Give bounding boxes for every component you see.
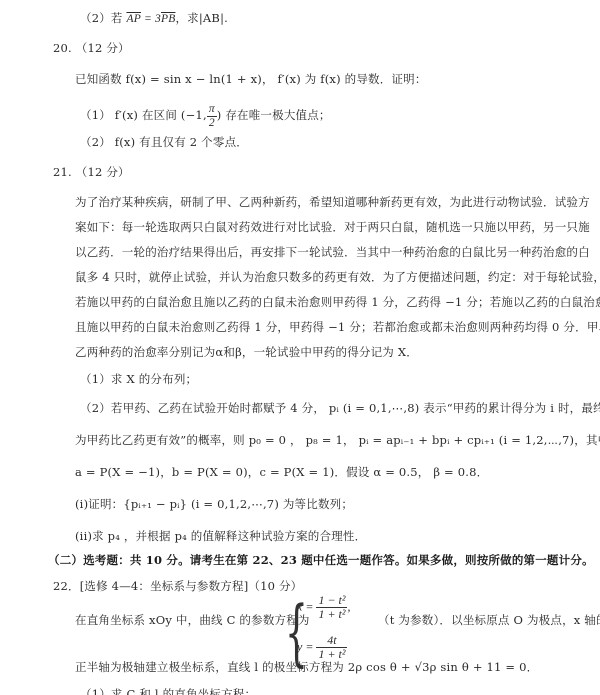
q22-stem-prefix: 在直角坐标系 xOy 中，曲线 C 的参数方程为 bbox=[75, 612, 310, 628]
q19-part2-tail: ，求|AB|. bbox=[175, 11, 228, 25]
equals-three: = 3 bbox=[141, 13, 161, 25]
pi-over-2-fraction: π2 bbox=[207, 103, 217, 130]
q20-part1-suffix: ) 存在唯一极大值点； bbox=[217, 108, 331, 122]
eq-y-lhs: y = bbox=[297, 639, 313, 653]
q21-line: 为了治疗某种疾病，研制了甲、乙两种新药，希望知道哪种新药更有效，为此进行动物试验… bbox=[75, 194, 590, 210]
q22-stem-suffix: （t 为参数）．以坐标原点 O 为极点，x 轴的 bbox=[378, 612, 600, 628]
q21-header: 21. （12 分） bbox=[53, 164, 130, 180]
q21-sub-ii: (ii)求 p₄ ，并根据 p₄ 的值解释这种试验方案的合理性． bbox=[75, 528, 366, 544]
q21-part2-line: 为甲药比乙药更有效”的概率，则 p₀ = 0 ， p₈ = 1， pᵢ = ap… bbox=[75, 432, 600, 448]
frac-numerator: 1 − t² bbox=[316, 594, 347, 608]
frac-denominator: 2 bbox=[207, 117, 217, 130]
q20-part1-prefix: （1） f′(x) 在区间 (−1, bbox=[80, 108, 207, 122]
q22-line2: 正半轴为极轴建立极坐标系，直线 l 的极坐标方程为 2ρ cos θ + √3ρ… bbox=[75, 659, 538, 675]
eq-x: x = 1 − t²1 + t², bbox=[297, 594, 350, 621]
frac-denominator: 1 + t² bbox=[316, 608, 347, 621]
q21-line: 且施以甲药的白鼠未治愈则乙药得 1 分，甲药得 −1 分；若都治愈或都未治愈则两… bbox=[75, 319, 600, 335]
q20-header: 20. （12 分） bbox=[53, 40, 130, 56]
q19-part2: （2）若 AP = 3PB，求|AB|. bbox=[80, 10, 228, 27]
eq-y-fraction: 4t1 + t² bbox=[316, 634, 347, 661]
vector-ap: AP bbox=[126, 13, 140, 25]
q20-part1: （1） f′(x) 在区间 (−1,π2) 存在唯一极大值点； bbox=[80, 102, 331, 130]
eq-y: y = 4t1 + t² bbox=[297, 634, 347, 661]
q21-part2-line: a = P(X = −1)，b = P(X = 0)，c = P(X = 1)．… bbox=[75, 464, 488, 480]
eq-x-fraction: 1 − t²1 + t² bbox=[316, 594, 347, 621]
q21-part2-line: （2）若甲药、乙药在试验开始时都赋予 4 分， pᵢ (i = 0,1,⋯,8)… bbox=[80, 400, 600, 416]
q21-line: 乙两种药的治愈率分别记为α和β，一轮试验中甲药的得分记为 X． bbox=[75, 344, 418, 360]
eq-x-lhs: x = bbox=[297, 599, 313, 613]
q21-part1: （1）求 X 的分布列； bbox=[80, 371, 197, 387]
q21-sub-i: (i)证明：{pᵢ₊₁ − pᵢ} (i = 0,1,2,⋯,7) 为等比数列； bbox=[75, 496, 353, 512]
q22-part1: （1）求 C 和 l 的直角坐标方程； bbox=[80, 686, 256, 695]
q21-line: 案如下：每一轮选取两只白鼠对药效进行对比试验．对于两只白鼠，随机选一只施以甲药，… bbox=[75, 219, 590, 235]
eq-x-tail: , bbox=[347, 599, 350, 613]
exam-page: （2）若 AP = 3PB，求|AB|. 20. （12 分） 已知函数 f(x… bbox=[0, 0, 600, 695]
vector-pb: PB bbox=[161, 13, 175, 25]
q21-score: （12 分） bbox=[76, 165, 130, 179]
q21-number: 21. bbox=[53, 165, 72, 179]
q20-part2: （2） f(x) 有且仅有 2 个零点． bbox=[80, 134, 248, 150]
q20-stem: 已知函数 f(x) = sin x − ln(1 + x)， f′(x) 为 f… bbox=[75, 71, 427, 87]
q21-line: 鼠多 4 只时，就停止试验，并认为治愈只数多的药更有效．为了方便描述问题，约定：… bbox=[75, 269, 600, 285]
section2-header: （二）选考题：共 10 分。请考生在第 22、23 题中任选一题作答。如果多做，… bbox=[48, 552, 594, 568]
frac-numerator: 4t bbox=[316, 634, 347, 648]
q20-score: （12 分） bbox=[76, 41, 130, 55]
q19-part2-label: （2）若 bbox=[80, 11, 123, 25]
q21-line: 若施以甲药的白鼠治愈且施以乙药的白鼠未治愈则甲药得 1 分，乙药得 −1 分；若… bbox=[75, 294, 600, 310]
q20-number: 20. bbox=[53, 41, 72, 55]
q21-line: 以乙药．一轮的治疗结果得出后，再安排下一轮试验．当其中一种药治愈的白鼠比另一种药… bbox=[75, 244, 590, 260]
frac-numerator: π bbox=[207, 103, 217, 117]
q22-header: 22．[选修 4—4：坐标系与参数方程]（10 分） bbox=[53, 578, 302, 594]
